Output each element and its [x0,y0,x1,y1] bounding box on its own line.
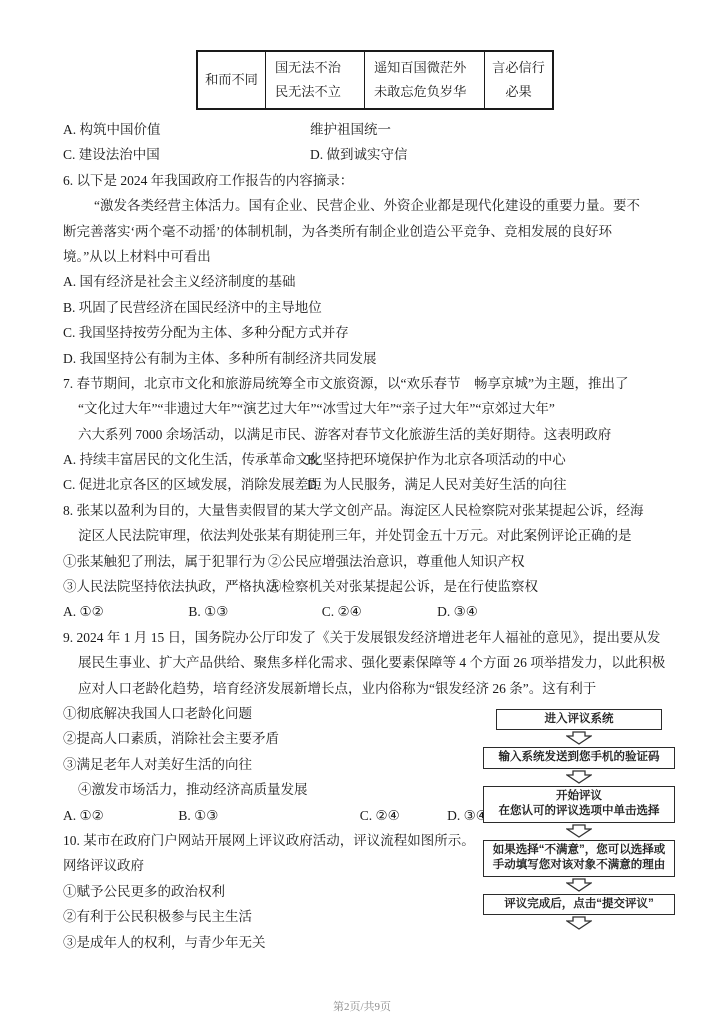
flow-step-line: 手动填写您对该对象不满意的理由 [485,858,673,874]
question-line: 展民生事业、扩大产品供给、聚焦多样化需求、强化要素保障等 4 个方面 26 项举… [63,650,677,675]
quote-line: 国无法不治 [275,56,341,80]
question-stem: 6. 以下是 2024 年我国政府工作报告的内容摘录： [63,168,677,193]
option-label: 维护祖国统一 [310,117,677,142]
option-line: C. 促进北京各区的区域发展，消除发展差距 [63,472,307,497]
answer-row: A. ①② B. ①③ C. ②④ D. ③④ [63,803,483,828]
question-stem: 10. 某市在政府门户网站开展网上评议政府活动，评议流程如图所示。 [63,828,483,853]
question-line: 境。”从以上材料中可看出 [63,244,677,269]
flow-arrow-down-icon [483,731,675,746]
flow-arrow-down-icon [483,878,675,893]
answer-row: A. ①② B. ①③ C. ②④ D. ③④ [63,599,677,624]
question-6: 6. 以下是 2024 年我国政府工作报告的内容摘录： “激发各类经营主体活力。… [63,168,677,371]
answer-option: C. ②④ [322,599,434,624]
item-line: ③是成年人的权利，与青少年无关 [63,930,483,955]
item-line: ②公民应增强法治意识，尊重他人知识产权 [268,549,677,574]
question-8: 8. 张某以盈利为目的，大量售卖假冒的某大学文创产品。海淀区人民检察院对张某提起… [63,498,677,625]
item-line: ①赋予公民更多的政治权利 [63,879,483,904]
flow-step-box: 开始评议 在您认可的评议选项中单击选择 [483,786,675,823]
option-line: D. 我国坚持公有制为主体、多种所有制经济共同发展 [63,346,677,371]
twocol-zone: ①彻底解决我国人口老龄化问题 ②提高人口素质，消除社会主要矛盾 ③满足老年人对美… [63,701,677,955]
option-line: B. 坚持把环境保护作为北京各项活动的中心 [307,447,677,472]
quote-cell: 言必信行 必果 [484,52,552,108]
quote-line: 必果 [505,80,531,104]
quote-table: 和而不同 国无法不治 民无法不立 遥知百国微茫外 未敢忘危负岁华 言必信行 必果 [196,50,554,110]
quote-cell: 国无法不治 民无法不立 [265,52,364,108]
item-line: ③满足老年人对美好生活的向往 [63,752,483,777]
answer-option: D. ③④ [447,803,488,828]
question-line: 六大系列 7000 余场活动，以满足市民、游客对春节文化旅游生活的美好期待。这表… [63,422,677,447]
quote-cell: 遥知百国微茫外 未敢忘危负岁华 [364,52,484,108]
option-row: A. 持续丰富居民的文化生活，传承革命文化 B. 坚持把环境保护作为北京各项活动… [63,447,677,472]
question-line: “文化过大年”“非遗过大年”“演艺过大年”“冰雪过大年”“亲子过大年”“京郊过大… [63,396,677,421]
option-line: C. 我国坚持按劳分配为主体、多种分配方式并存 [63,320,677,345]
answer-option: A. ①② [63,803,175,828]
option-line: B. 巩固了民营经济在国民经济中的主导地位 [63,295,677,320]
option-line: A. 国有经济是社会主义经济制度的基础 [63,269,677,294]
quote-line: 言必信行 [492,56,545,80]
item-line: ②提高人口素质，消除社会主要矛盾 [63,726,483,751]
option-label: C. 建设法治中国 [63,142,310,167]
items-row: ①张某触犯了刑法，属于犯罪行为 ②公民应增强法治意识，尊重他人知识产权 [63,549,677,574]
exam-content: 和而不同 国无法不治 民无法不立 遥知百国微茫外 未敢忘危负岁华 言必信行 必果… [63,50,677,955]
flow-step-box: 进入评议系统 [496,709,661,731]
question-stem: 8. 张某以盈利为目的，大量售卖假冒的某大学文创产品。海淀区人民检察院对张某提起… [63,498,677,523]
flow-step-line: 开始评议 [485,789,673,805]
answer-option: A. ①② [63,599,185,624]
question-stem: 9. 2024 年 1 月 15 日，国务院办公厅印发了《关于发展银发经济增进老… [63,625,677,650]
flow-arrow-down-icon [483,916,675,931]
quote-line: 未敢忘危负岁华 [374,80,466,104]
option-label: D. 做到诚实守信 [310,142,677,167]
question-line: 断完善落实‘两个毫不动摇’的体制机制，为各类所有制企业创造公平竞争、竞相发展的良… [63,219,677,244]
item-line: ④激发市场活力，推动经济高质量发展 [63,777,483,802]
answer-option: B. ①③ [178,803,356,828]
flow-step-line: 在您认可的评议选项中单击选择 [485,804,673,820]
item-line: ③人民法院坚持依法执政，严格执法 [63,574,268,599]
option-label: A. 构筑中国价值 [63,117,310,142]
question-9: 9. 2024 年 1 月 15 日，国务院办公厅印发了《关于发展银发经济增进老… [63,625,677,701]
quote-line: 民无法不立 [275,80,341,104]
page-footer: 第2页/共9页 [0,998,724,1014]
flow-arrow-down-icon [483,770,675,785]
answer-option: C. ②④ [360,803,444,828]
flow-step-box: 如果选择“不满意”，您可以选择或 手动填写您对该对象不满意的理由 [483,840,675,877]
question-stem: 7. 春节期间，北京市文化和旅游局统筹全市文旅资源，以“欢乐春节 畅享京城”为主… [63,371,677,396]
q5-option-row: C. 建设法治中国 D. 做到诚实守信 [63,142,677,167]
answer-option: B. ①③ [188,599,318,624]
items-row: ③人民法院坚持依法执政，严格执法 ④检察机关对张某提起公诉，是在行使监察权 [63,574,677,599]
flow-step-line: 输入系统发送到您手机的验证码 [485,750,673,766]
flow-step-box: 评议完成后，点击“提交评议” [483,894,675,916]
answer-option: D. ③④ [437,599,478,624]
flow-step-line: 进入评议系统 [498,712,659,728]
exam-page: 和而不同 国无法不治 民无法不立 遥知百国微茫外 未敢忘危负岁华 言必信行 必果… [0,0,724,1024]
item-line: ①张某触犯了刑法，属于犯罪行为 [63,549,268,574]
flow-step-line: 如果选择“不满意”，您可以选择或 [485,843,673,859]
question-line: 网络评议政府 [63,853,483,878]
item-line: ②有利于公民积极参与民主生活 [63,904,483,929]
quote-cell: 和而不同 [198,52,265,108]
item-line: ④检察机关对张某提起公诉，是在行使监察权 [268,574,677,599]
quote-line: 和而不同 [205,68,258,92]
question-7: 7. 春节期间，北京市文化和旅游局统筹全市文旅资源，以“欢乐春节 畅享京城”为主… [63,371,677,498]
option-row: C. 促进北京各区的区域发展，消除发展差距 D. 为人民服务，满足人民对美好生活… [63,472,677,497]
option-line: D. 为人民服务，满足人民对美好生活的向往 [307,472,677,497]
question-line: “激发各类经营主体活力。国有企业、民营企业、外资企业都是现代化建设的重要力量。要… [63,193,677,218]
flowchart: 进入评议系统 输入系统发送到您手机的验证码 开始评议 在您认可的评议选项中单击选… [483,701,675,933]
option-line: A. 持续丰富居民的文化生活，传承革命文化 [63,447,307,472]
flow-step-box: 输入系统发送到您手机的验证码 [483,747,675,769]
question-line: 淀区人民法院审理，依法判处张某有期徒刑三年，并处罚金五十万元。对此案例评论正确的… [63,523,677,548]
flow-arrow-down-icon [483,824,675,839]
item-line: ①彻底解决我国人口老龄化问题 [63,701,483,726]
q5-option-row: A. 构筑中国价值 维护祖国统一 [63,117,677,142]
questions-left-column: ①彻底解决我国人口老龄化问题 ②提高人口素质，消除社会主要矛盾 ③满足老年人对美… [63,701,483,955]
question-line: 应对人口老龄化趋势，培育经济发展新增长点，业内俗称为“银发经济 26 条”。这有… [63,676,677,701]
quote-line: 遥知百国微茫外 [374,56,466,80]
flow-step-line: 评议完成后，点击“提交评议” [485,897,673,913]
